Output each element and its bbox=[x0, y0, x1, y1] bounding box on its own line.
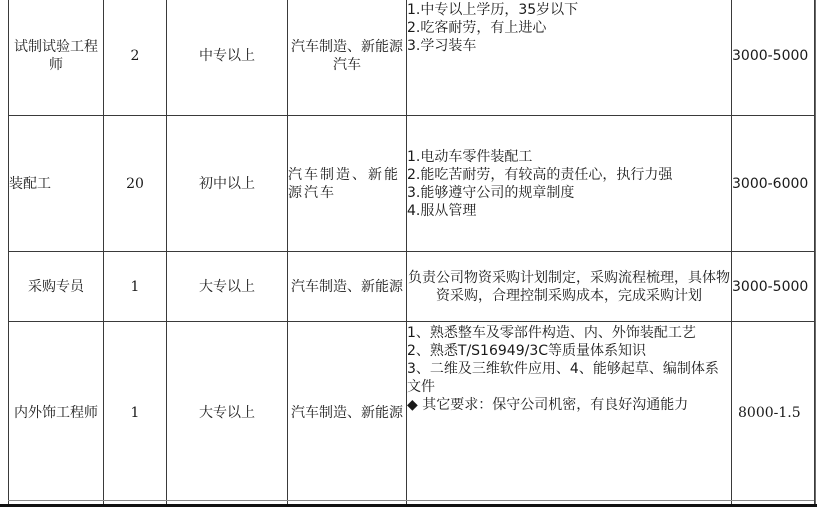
requirement-line: 1.电动车零件装配工 bbox=[407, 148, 731, 166]
right-border-line bbox=[815, 0, 816, 505]
education-cell: 大专以上 bbox=[167, 322, 288, 505]
education-cell: 中专以上 bbox=[167, 0, 288, 116]
salary-cell: 3000-5000 bbox=[732, 0, 815, 116]
table-row: 试制试验工程师 2 中专以上 汽车制造、新能源汽车 1.中专以上学历，35岁以下… bbox=[9, 0, 815, 116]
industry-cell: 汽车制造、新能源 bbox=[288, 252, 407, 322]
requirement-line: 2.能吃苦耐劳，有较高的责任心，执行力强 bbox=[407, 166, 731, 184]
table-row: 装配工 20 初中以上 汽车制造、新能源汽车 1.电动车零件装配工 2.能吃苦耐… bbox=[9, 116, 815, 252]
requirements-cell: 负责公司物资采购计划制定，采购流程梳理，具体物资采购，合理控制采购成本，完成采购… bbox=[407, 252, 732, 322]
education-cell: 初中以上 bbox=[167, 116, 288, 252]
requirement-line: ◆ 其它要求：保守公司机密，有良好沟通能力 bbox=[407, 396, 731, 414]
requirement-line: 2.吃客耐劳，有上进心 bbox=[407, 19, 731, 37]
requirement-line: 1、熟悉整车及零部件构造、内、外饰装配工艺 bbox=[407, 324, 731, 342]
position-cell: 采购专员 bbox=[9, 252, 104, 322]
headcount-cell: 1 bbox=[104, 252, 167, 322]
requirements-cell: 1.电动车零件装配工 2.能吃苦耐劳，有较高的责任心，执行力强 3.能够遵守公司… bbox=[407, 116, 732, 252]
salary-cell: 8000-1.5 bbox=[732, 322, 815, 505]
industry-cell: 汽车制造、新能源汽车 bbox=[288, 0, 407, 116]
requirements-cell: 1、熟悉整车及零部件构造、内、外饰装配工艺 2、熟悉T/S16949/3C等质量… bbox=[407, 322, 732, 505]
job-table: 试制试验工程师 2 中专以上 汽车制造、新能源汽车 1.中专以上学历，35岁以下… bbox=[8, 0, 815, 507]
position-cell: 内外饰工程师 bbox=[9, 322, 104, 505]
bottom-thin-rule bbox=[8, 500, 814, 501]
position-cell: 装配工 bbox=[9, 116, 104, 252]
requirement-line: 4.服从管理 bbox=[407, 202, 731, 220]
position-cell: 试制试验工程师 bbox=[9, 0, 104, 116]
headcount-cell: 20 bbox=[104, 116, 167, 252]
industry-cell: 汽车制造、新能源 bbox=[288, 322, 407, 505]
table-row: 内外饰工程师 1 大专以上 汽车制造、新能源 1、熟悉整车及零部件构造、内、外饰… bbox=[9, 322, 815, 505]
headcount-cell: 2 bbox=[104, 0, 167, 116]
position-text: 试制试验工程师 bbox=[14, 39, 98, 73]
table-row: 采购专员 1 大专以上 汽车制造、新能源 负责公司物资采购计划制定，采购流程梳理… bbox=[9, 252, 815, 322]
requirement-line: 负责公司物资采购计划制定，采购流程梳理，具体物资采购，合理控制采购成本，完成采购… bbox=[407, 269, 731, 305]
requirement-line: 3、二维及三维软件应用、4、能够起草、编制体系文件 bbox=[407, 360, 731, 396]
industry-cell: 汽车制造、新能源汽车 bbox=[288, 116, 407, 252]
requirement-line: 2、熟悉T/S16949/3C等质量体系知识 bbox=[407, 342, 731, 360]
requirements-cell: 1.中专以上学历，35岁以下 2.吃客耐劳，有上进心 3.学习装车 bbox=[407, 0, 732, 116]
job-listing-sheet: 试制试验工程师 2 中专以上 汽车制造、新能源汽车 1.中专以上学历，35岁以下… bbox=[8, 0, 814, 507]
education-cell: 大专以上 bbox=[167, 252, 288, 322]
salary-cell: 3000-6000 bbox=[732, 116, 815, 252]
salary-cell: 3000-5000 bbox=[732, 252, 815, 322]
requirement-line: 3.能够遵守公司的规章制度 bbox=[407, 184, 731, 202]
requirement-line: 1.中专以上学历，35岁以下 bbox=[407, 1, 731, 19]
headcount-cell: 1 bbox=[104, 322, 167, 505]
requirement-line: 3.学习装车 bbox=[407, 37, 731, 55]
